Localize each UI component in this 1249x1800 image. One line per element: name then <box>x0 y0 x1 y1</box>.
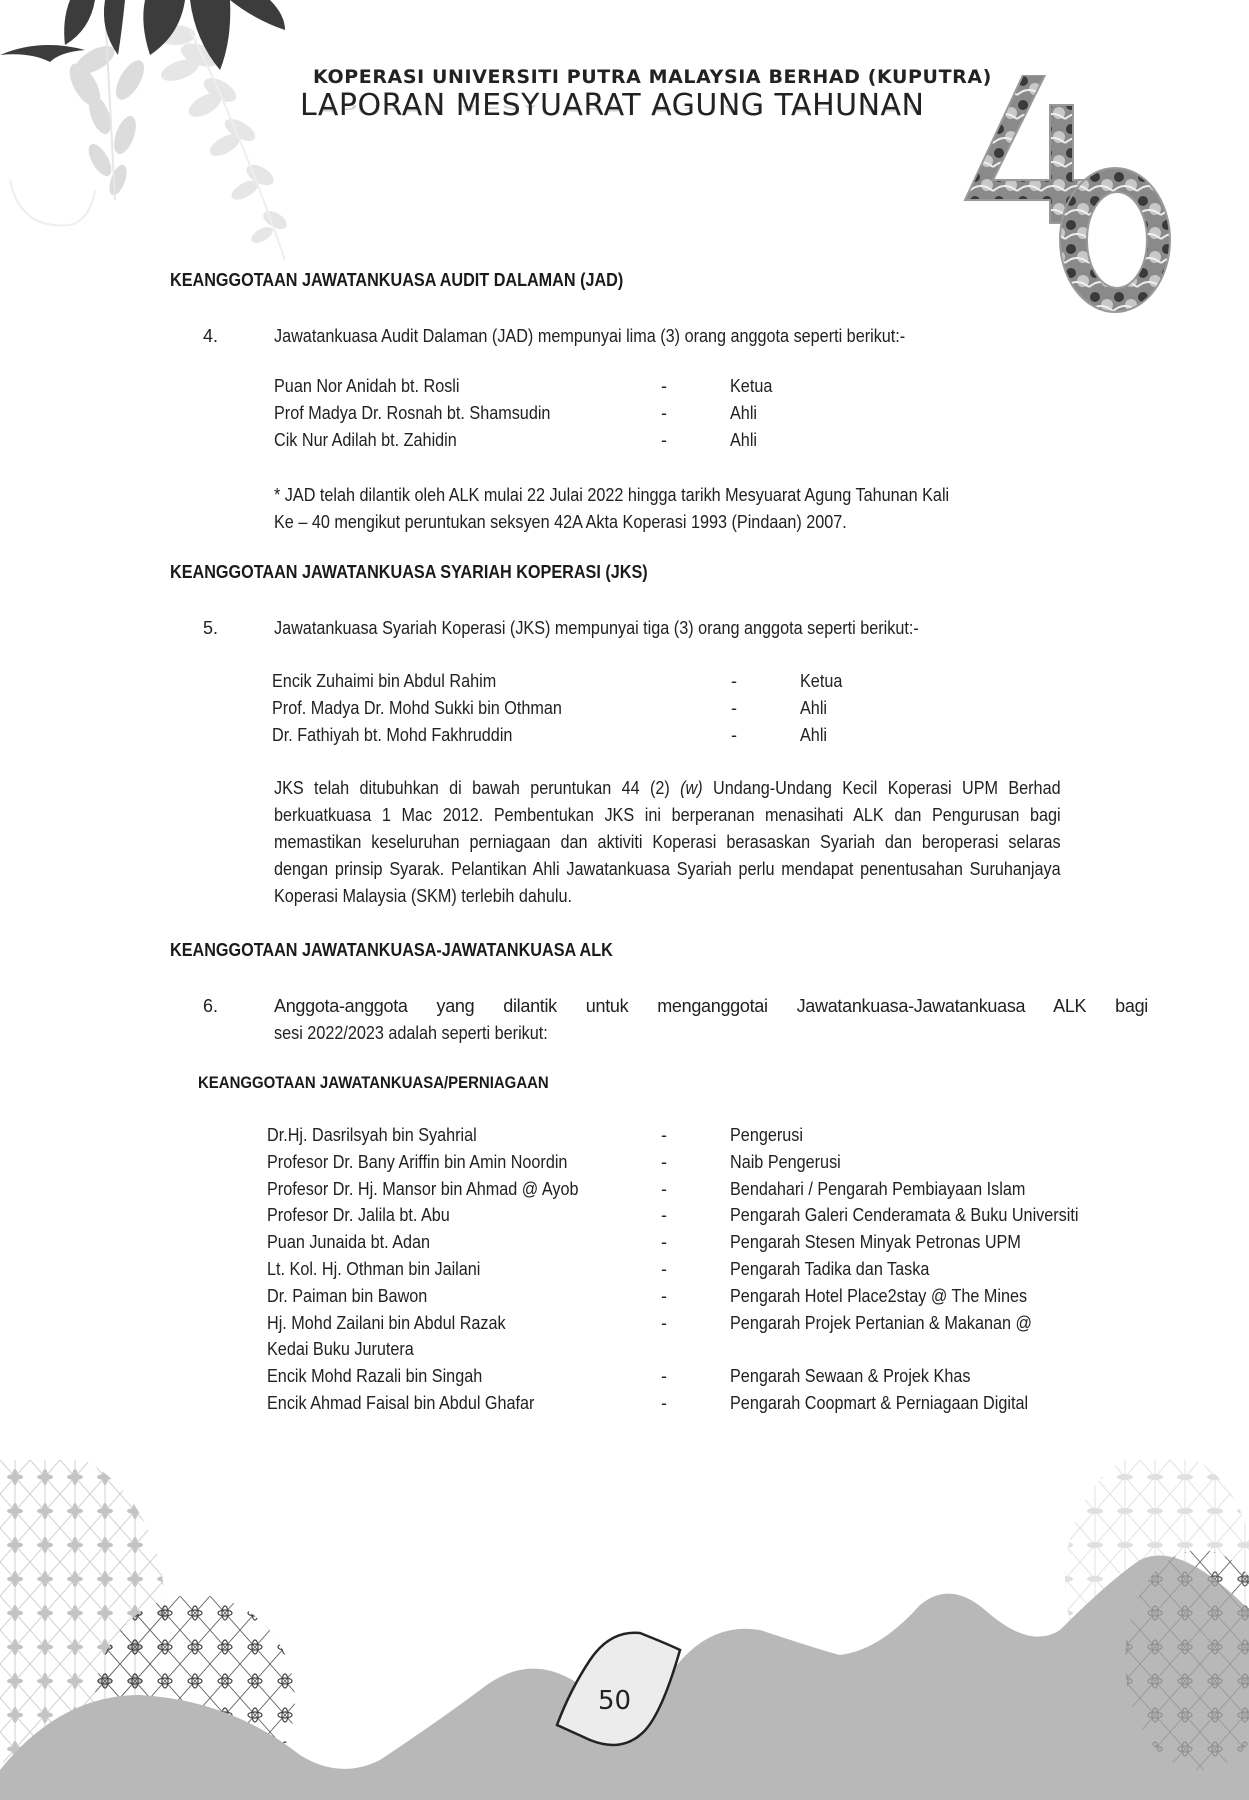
member-row: Profesor Dr. Jalila bt. Abu-Pengarah Gal… <box>267 1205 1167 1232</box>
section-heading-alk: KEANGGOTAAN JAWATANKUASA-JAWATANKUASA AL… <box>170 940 613 961</box>
leaf-decoration-icon <box>0 0 330 270</box>
member-separator: - <box>661 403 667 424</box>
organization-name: KOPERASI UNIVERSITI PUTRA MALAYSIA BERHA… <box>313 66 992 88</box>
alk-intro-line-2: sesi 2022/2023 adalah seperti berikut: <box>274 1023 548 1044</box>
item-number-6: 6. <box>203 996 218 1017</box>
member-row: Prof. Madya Dr. Mohd Sukki bin Othman-Ah… <box>272 698 1172 725</box>
member-role: Pengarah Coopmart & Perniagaan Digital <box>730 1393 1028 1414</box>
member-role: Ahli <box>730 430 757 451</box>
jks-paragraph-italic: (w) <box>680 778 703 798</box>
member-row: Kedai Buku Jurutera <box>267 1339 1167 1366</box>
member-row: Cik Nur Adilah bt. Zahidin-Ahli <box>274 430 1174 457</box>
member-separator: - <box>661 1366 667 1387</box>
member-row: Profesor Dr. Bany Ariffin bin Amin Noord… <box>267 1152 1167 1179</box>
member-name: Hj. Mohd Zailani bin Abdul Razak <box>267 1313 506 1334</box>
item-number-5: 5. <box>203 618 218 639</box>
jad-note-line-1: * JAD telah dilantik oleh ALK mulai 22 J… <box>274 485 949 506</box>
member-row: Prof Madya Dr. Rosnah bt. Shamsudin-Ahli <box>274 403 1174 430</box>
member-separator: - <box>661 1125 667 1146</box>
alk-intro-line-1-text: Anggota-anggota yang dilantik untuk meng… <box>274 996 1148 1017</box>
member-separator: - <box>661 376 667 397</box>
member-name: Profesor Dr. Jalila bt. Abu <box>267 1205 450 1226</box>
page-number: 50 <box>598 1686 631 1716</box>
member-name: Prof Madya Dr. Rosnah bt. Shamsudin <box>274 403 550 424</box>
member-name: Profesor Dr. Hj. Mansor bin Ahmad @ Ayob <box>267 1179 578 1200</box>
member-role: Naib Pengerusi <box>730 1152 841 1173</box>
member-name: Puan Junaida bt. Adan <box>267 1232 430 1253</box>
member-role: Pengarah Projek Pertanian & Makanan @ <box>730 1313 1032 1334</box>
member-row: Encik Zuhaimi bin Abdul Rahim-Ketua <box>272 671 1172 698</box>
member-separator: - <box>661 1179 667 1200</box>
member-separator: - <box>731 671 737 692</box>
member-name: Puan Nor Anidah bt. Rosli <box>274 376 460 397</box>
member-separator: - <box>731 725 737 746</box>
subheading-jawatankuasa-perniagaan: KEANGGOTAAN JAWATANKUASA/PERNIAGAAN <box>198 1073 549 1093</box>
member-separator: - <box>661 1259 667 1280</box>
member-separator: - <box>731 698 737 719</box>
member-role: Ahli <box>730 403 757 424</box>
hills-decoration-icon <box>0 1460 1249 1800</box>
jks-intro: Jawatankuasa Syariah Koperasi (JKS) memp… <box>274 618 919 639</box>
member-separator: - <box>661 1152 667 1173</box>
member-row: Lt. Kol. Hj. Othman bin Jailani-Pengarah… <box>267 1259 1167 1286</box>
jad-note-line-2: Ke – 40 mengikut peruntukan seksyen 42A … <box>274 512 847 533</box>
member-role: Pengarah Sewaan & Projek Khas <box>730 1366 970 1387</box>
member-separator: - <box>661 1232 667 1253</box>
member-role: Pengarah Stesen Minyak Petronas UPM <box>730 1232 1021 1253</box>
member-role: Pengarah Tadika dan Taska <box>730 1259 929 1280</box>
member-name: Encik Mohd Razali bin Singah <box>267 1366 482 1387</box>
member-name: Encik Ahmad Faisal bin Abdul Ghafar <box>267 1393 534 1414</box>
member-role: Ahli <box>800 725 827 746</box>
report-title: LAPORAN MESYUARAT AGUNG TAHUNAN <box>300 88 925 123</box>
member-name: Encik Zuhaimi bin Abdul Rahim <box>272 671 496 692</box>
member-role: Ketua <box>730 376 772 397</box>
member-role: Pengerusi <box>730 1125 803 1146</box>
section-heading-jad: KEANGGOTAAN JAWATANKUASA AUDIT DALAMAN (… <box>170 270 623 291</box>
member-row: Dr. Fathiyah bt. Mohd Fakhruddin-Ahli <box>272 725 1172 752</box>
jad-intro: Jawatankuasa Audit Dalaman (JAD) mempuny… <box>274 326 905 347</box>
alk-intro-line-1: Anggota-anggota yang dilantik untuk meng… <box>274 996 1148 1017</box>
member-row: Profesor Dr. Hj. Mansor bin Ahmad @ Ayob… <box>267 1179 1167 1206</box>
member-role: Pengarah Galeri Cenderamata & Buku Unive… <box>730 1205 1078 1226</box>
anniversary-40-emblem-icon <box>945 75 1175 315</box>
member-name: Cik Nur Adilah bt. Zahidin <box>274 430 457 451</box>
section-heading-jks: KEANGGOTAAN JAWATANKUASA SYARIAH KOPERAS… <box>170 562 648 583</box>
member-role: Pengarah Hotel Place2stay @ The Mines <box>730 1286 1027 1307</box>
member-role: Bendahari / Pengarah Pembiayaan Islam <box>730 1179 1025 1200</box>
jks-paragraph-part-1: JKS telah ditubuhkan di bawah peruntukan… <box>274 778 680 798</box>
member-row: Dr.Hj. Dasrilsyah bin Syahrial-Pengerusi <box>267 1125 1167 1152</box>
member-row: Dr. Paiman bin Bawon-Pengarah Hotel Plac… <box>267 1286 1167 1313</box>
member-separator: - <box>661 1205 667 1226</box>
member-name: Prof. Madya Dr. Mohd Sukki bin Othman <box>272 698 562 719</box>
member-name: Profesor Dr. Bany Ariffin bin Amin Noord… <box>267 1152 567 1173</box>
member-separator: - <box>661 1393 667 1414</box>
member-name: Dr. Paiman bin Bawon <box>267 1286 427 1307</box>
member-name: Dr.Hj. Dasrilsyah bin Syahrial <box>267 1125 477 1146</box>
member-separator: - <box>661 1313 667 1334</box>
member-role: Ketua <box>800 671 842 692</box>
member-separator: - <box>661 1286 667 1307</box>
member-separator: - <box>661 430 667 451</box>
jks-paragraph: JKS telah ditubuhkan di bawah peruntukan… <box>274 775 1061 910</box>
member-row: Puan Nor Anidah bt. Rosli-Ketua <box>274 376 1174 403</box>
member-row: Encik Mohd Razali bin Singah-Pengarah Se… <box>267 1366 1167 1393</box>
member-role: Ahli <box>800 698 827 719</box>
member-name: Kedai Buku Jurutera <box>267 1339 414 1360</box>
member-row: Encik Ahmad Faisal bin Abdul Ghafar-Peng… <box>267 1393 1167 1420</box>
item-number-4: 4. <box>203 326 218 347</box>
member-row: Puan Junaida bt. Adan-Pengarah Stesen Mi… <box>267 1232 1167 1259</box>
member-name: Dr. Fathiyah bt. Mohd Fakhruddin <box>272 725 512 746</box>
member-name: Lt. Kol. Hj. Othman bin Jailani <box>267 1259 480 1280</box>
member-row: Hj. Mohd Zailani bin Abdul Razak-Pengara… <box>267 1313 1167 1340</box>
